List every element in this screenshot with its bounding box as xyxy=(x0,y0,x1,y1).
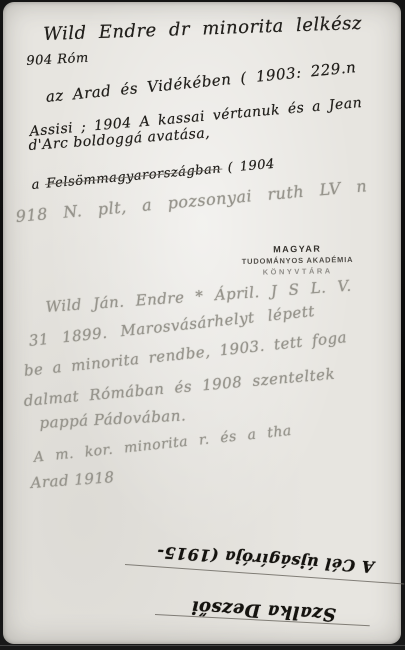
scanned-card-photo: Wild Endre dr minorita lelkész 904 Róm a… xyxy=(0,0,405,650)
index-card: Wild Endre dr minorita lelkész 904 Róm a… xyxy=(3,2,401,644)
inverted-struck-line-1: A Cél újságírója (1915- xyxy=(133,541,399,578)
pencil-line-padovaban: pappá Pádovában. xyxy=(39,406,187,432)
pencil-line-arad-1918: Arad 1918 xyxy=(30,468,115,492)
library-stamp: MAGYAR TUDOMÁNYOS AKADÉMIA KÖNYVTÁRA xyxy=(235,243,361,278)
stamp-line-konyvtara: KÖNYVTÁRA xyxy=(235,265,360,278)
inverted-struck-line-2: Szalka Dezsői xyxy=(161,595,367,627)
ink-line-904rom: 904 Róm xyxy=(26,51,89,69)
ink-line-title: Wild Endre dr minorita lelkész xyxy=(43,13,362,45)
